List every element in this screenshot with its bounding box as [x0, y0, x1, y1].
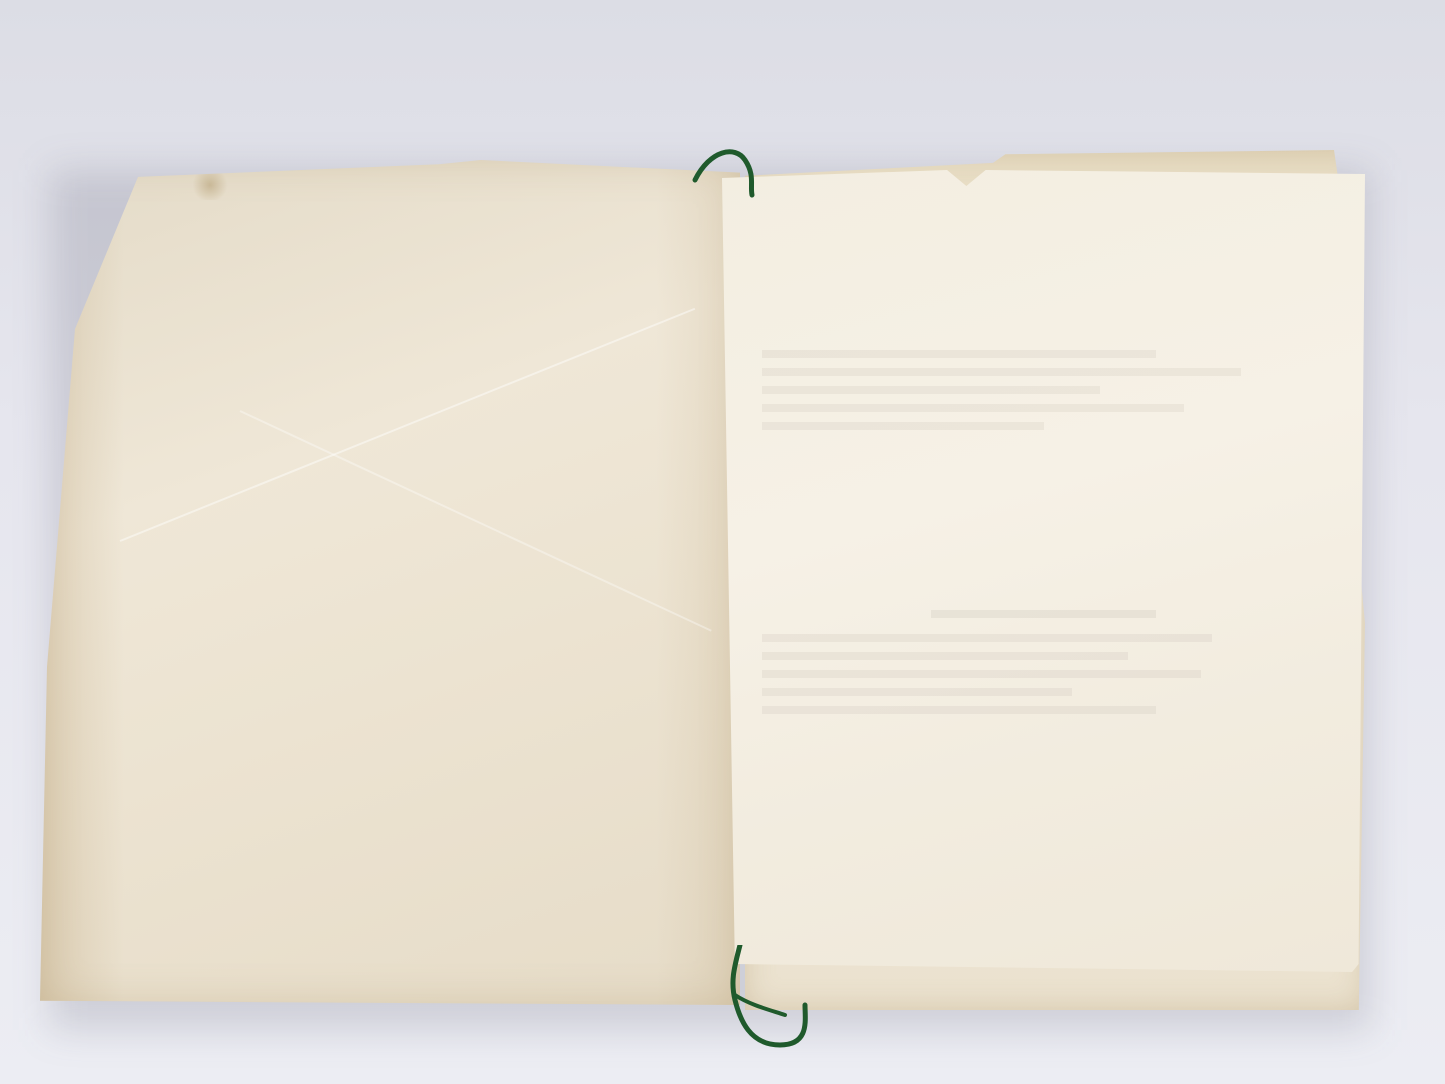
green-string-top	[690, 140, 780, 200]
show-through-text	[762, 610, 1325, 724]
edge-discoloration	[40, 160, 740, 1005]
left-cover-page	[40, 160, 740, 1005]
green-string-bottom	[710, 945, 830, 1055]
show-through-text	[762, 340, 1325, 440]
inner-sheet	[722, 170, 1365, 972]
photo-scene	[0, 0, 1445, 1084]
foxing-stain	[190, 170, 230, 200]
